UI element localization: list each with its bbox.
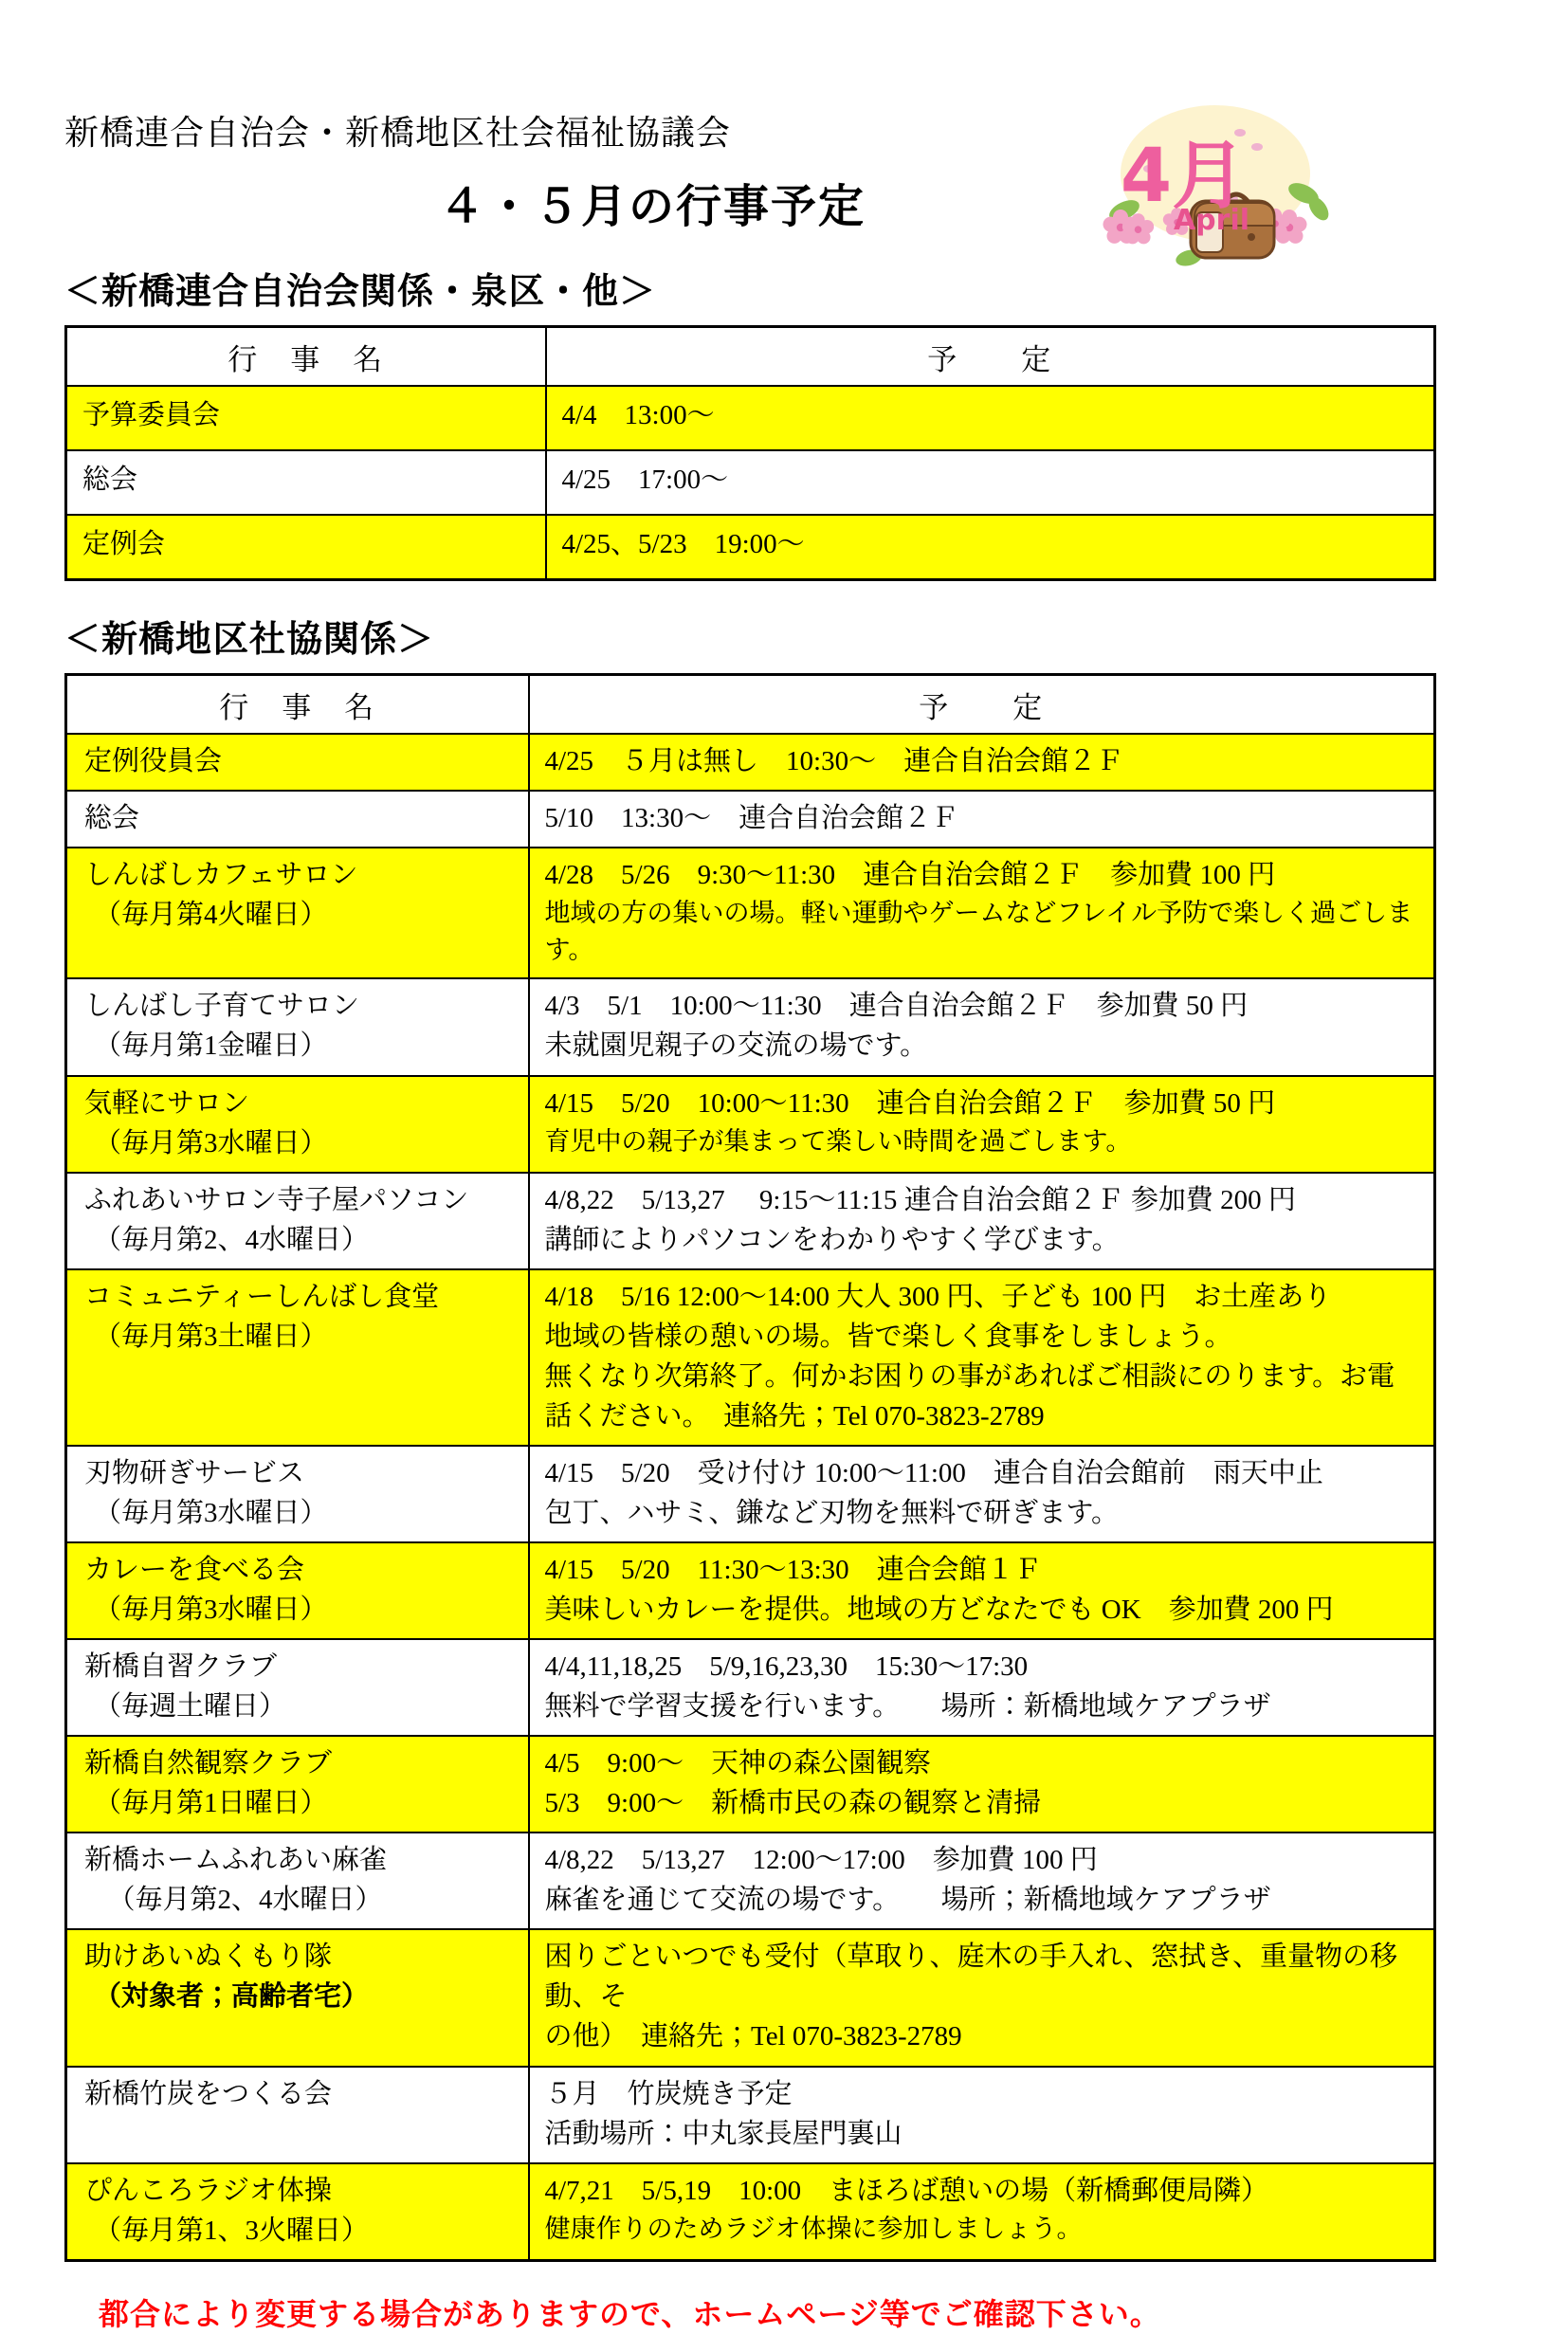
column-header-event-name: 行 事 名 (66, 327, 546, 387)
text-line: 新橋自習クラブ (84, 1647, 519, 1687)
event-name-cell: 定例会 (66, 515, 546, 580)
event-schedule-cell: 4/15 5/20 11:30～13:30 連合会館１Ｆ美味しいカレーを提供。地… (529, 1542, 1435, 1639)
event-schedule-cell: 4/8,22 5/13,27 9:15～11:15 連合自治会館２Ｆ 参加費 2… (529, 1173, 1435, 1269)
footer-note: 都合により変更する場合がありますので、ホームページ等でご確認下さい。 (99, 2290, 1502, 2334)
text-line: 4/5 9:00～ 天神の森公園観察 (545, 1743, 1425, 1783)
table-header-row: 行 事 名 予 定 (66, 327, 1435, 387)
badge-month-en-label: April (1174, 204, 1249, 237)
text-line: 4/25、5/23 19:00～ (562, 524, 1425, 564)
text-line: 美味しいカレーを提供。地域の方どなたでも OK 参加費 200 円 (545, 1590, 1425, 1630)
april-sakura-randoseru-icon: 4月 April (1100, 95, 1337, 275)
event-schedule-cell: 4/25 17:00～ (546, 450, 1435, 515)
text-line: 総会 (84, 798, 519, 838)
event-name-cell: しんばしカフェサロン（毎月第4火曜日） (66, 848, 529, 978)
event-name-cell: 総会 (66, 450, 546, 515)
event-row: 助けあいぬくもり隊（対象者；高齢者宅）困りごといつでも受付（草取り、庭木の手入れ… (66, 1929, 1435, 2066)
april-badge: 4月 April (1100, 95, 1337, 275)
event-row: ぴんころラジオ体操（毎月第1、3火曜日）4/7,21 5/5,19 10:00 … (66, 2163, 1435, 2261)
event-name-cell: 総会 (66, 791, 529, 848)
column-header-event-name: 行 事 名 (66, 675, 529, 735)
event-schedule-cell: 4/18 5/16 12:00～14:00 大人 300 円、子ども 100 円… (529, 1269, 1435, 1446)
event-name-cell: 気軽にサロン（毎月第3水曜日） (66, 1076, 529, 1173)
event-name-cell: しんばし子育てサロン（毎月第1金曜日） (66, 978, 529, 1075)
text-line: 4/7,21 5/5,19 10:00 まほろば憩いの場（新橋郵便局隣） (545, 2171, 1425, 2211)
text-line: 話ください。 連絡先；Tel 070-3823-2789 (545, 1396, 1425, 1436)
event-row: 新橋ホームふれあい麻雀 （毎月第2、4水曜日）4/8,22 5/13,27 12… (66, 1833, 1435, 1929)
text-line: しんばしカフェサロン (84, 855, 519, 895)
text-line: 地域の皆様の憩いの場。皆で楽しく食事をしましょう。 (545, 1317, 1425, 1357)
text-line: 新橋竹炭をつくる会 (84, 2074, 519, 2114)
event-schedule-cell: 4/25 ５月は無し 10:30～ 連合自治会館２Ｆ (529, 734, 1435, 791)
text-line: 新橋自然観察クラブ (84, 1743, 519, 1783)
text-line: コミュニティーしんばし食堂 (84, 1277, 519, 1317)
event-name-cell: ふれあいサロン寺子屋パソコン（毎月第2、4水曜日） (66, 1173, 529, 1269)
event-schedule-cell: 4/15 5/20 受け付け 10:00～11:00 連合自治会館前 雨天中止包… (529, 1446, 1435, 1542)
text-line: 4/25 ５月は無し 10:30～ 連合自治会館２Ｆ (545, 741, 1425, 781)
event-name-cell: 新橋自然観察クラブ（毎月第1日曜日） (66, 1736, 529, 1833)
event-schedule-cell: 4/28 5/26 9:30～11:30 連合自治会館２Ｆ 参加費 100 円地… (529, 848, 1435, 978)
event-row: 定例会4/25、5/23 19:00～ (66, 515, 1435, 580)
text-line: 刃物研ぎサービス (84, 1453, 519, 1493)
event-row: しんばしカフェサロン（毎月第4火曜日）4/28 5/26 9:30～11:30 … (66, 848, 1435, 978)
event-name-cell: カレーを食べる会（毎月第3水曜日） (66, 1542, 529, 1639)
text-line: （毎月第2、4水曜日） (84, 1220, 519, 1260)
text-line: 気軽にサロン (84, 1084, 519, 1123)
event-schedule-cell: 4/4 13:00～ (546, 386, 1435, 450)
text-line: 困りごといつでも受付（草取り、庭木の手入れ、窓拭き、重量物の移動、そ (545, 1937, 1425, 2016)
event-schedule-cell: 4/4,11,18,25 5/9,16,23,30 15:30～17:30無料で… (529, 1639, 1435, 1736)
event-schedule-cell: 5/10 13:30～ 連合自治会館２Ｆ (529, 791, 1435, 848)
text-line: 4/3 5/1 10:00～11:30 連合自治会館２Ｆ 参加費 50 円 (545, 986, 1425, 1026)
event-row: カレーを食べる会（毎月第3水曜日）4/15 5/20 11:30～13:30 連… (66, 1542, 1435, 1639)
event-row: 新橋竹炭をつくる会５月 竹炭焼き予定活動場所：中丸家長屋門裏山 (66, 2067, 1435, 2163)
event-name-cell: 新橋ホームふれあい麻雀 （毎月第2、4水曜日） (66, 1833, 529, 1929)
text-line: （毎月第1日曜日） (84, 1783, 519, 1823)
text-line: 講師によりパソコンをわかりやすく学びます。 (545, 1220, 1425, 1260)
text-line: 4/15 5/20 10:00～11:30 連合自治会館２Ｆ 参加費 50 円 (545, 1084, 1425, 1123)
event-name-cell: ぴんころラジオ体操（毎月第1、3火曜日） (66, 2163, 529, 2261)
event-schedule-cell: 4/3 5/1 10:00～11:30 連合自治会館２Ｆ 参加費 50 円未就園… (529, 978, 1435, 1075)
event-schedule-cell: ５月 竹炭焼き予定活動場所：中丸家長屋門裏山 (529, 2067, 1435, 2163)
text-line: しんばし子育てサロン (84, 986, 519, 1026)
section2-heading: ＜新橋地区社協関係＞ (64, 610, 1502, 662)
text-line: 4/18 5/16 12:00～14:00 大人 300 円、子ども 100 円… (545, 1277, 1425, 1317)
event-schedule-cell: 4/15 5/20 10:00～11:30 連合自治会館２Ｆ 参加費 50 円育… (529, 1076, 1435, 1173)
table-header-row: 行 事 名 予 定 (66, 675, 1435, 735)
text-line: 4/15 5/20 受け付け 10:00～11:00 連合自治会館前 雨天中止 (545, 1453, 1425, 1493)
event-name-cell: 新橋自習クラブ（毎週土曜日） (66, 1639, 529, 1736)
event-row: コミュニティーしんばし食堂（毎月第3土曜日）4/18 5/16 12:00～14… (66, 1269, 1435, 1446)
text-line: 4/4 13:00～ (562, 395, 1425, 435)
text-line: 5/3 9:00～ 新橋市民の森の観察と清掃 (545, 1783, 1425, 1823)
text-line: 総会 (82, 460, 536, 500)
event-name-cell: 助けあいぬくもり隊（対象者；高齢者宅） (66, 1929, 529, 2066)
event-name-cell: コミュニティーしんばし食堂（毎月第3土曜日） (66, 1269, 529, 1446)
page-title: ４・５月の行事予定 (64, 170, 1240, 235)
event-row: 刃物研ぎサービス（毎月第3水曜日）4/15 5/20 受け付け 10:00～11… (66, 1446, 1435, 1542)
text-line: 助けあいぬくもり隊 (84, 1937, 519, 1977)
text-line: 4/25 17:00～ (562, 460, 1425, 500)
column-header-schedule: 予 定 (529, 675, 1435, 735)
text-line: 健康作りのためラジオ体操に参加しましょう。 (545, 2211, 1425, 2248)
shakyo-events-table: 行 事 名 予 定 定例役員会4/25 ５月は無し 10:30～ 連合自治会館２… (64, 673, 1436, 2262)
text-line: 未就園児親子の交流の場です。 (545, 1026, 1425, 1066)
text-line: 包丁、ハサミ、鎌など刃物を無料で研ぎます。 (545, 1493, 1425, 1533)
event-name-cell: 刃物研ぎサービス（毎月第3水曜日） (66, 1446, 529, 1542)
text-line: ５月 竹炭焼き予定 (545, 2074, 1425, 2114)
text-line: （毎月第4火曜日） (84, 895, 519, 935)
text-line: カレーを食べる会 (84, 1550, 519, 1590)
text-line: （毎月第1、3火曜日） (84, 2211, 519, 2251)
text-line: 新橋ホームふれあい麻雀 (84, 1840, 519, 1880)
text-line: 予算委員会 (82, 395, 536, 435)
event-schedule-cell: 4/25、5/23 19:00～ (546, 515, 1435, 580)
text-line: （対象者；高齢者宅） (84, 1977, 519, 2016)
event-row: 予算委員会4/4 13:00～ (66, 386, 1435, 450)
text-line: 無くなり次第終了。何かお困りの事があればご相談にのります。お電 (545, 1357, 1425, 1396)
event-schedule-cell: 4/7,21 5/5,19 10:00 まほろば憩いの場（新橋郵便局隣）健康作り… (529, 2163, 1435, 2261)
text-line: 4/28 5/26 9:30～11:30 連合自治会館２Ｆ 参加費 100 円 (545, 855, 1425, 895)
text-line: 地域の方の集いの場。軽い運動やゲームなどフレイル予防で楽しく過ごします。 (545, 895, 1425, 969)
jichikai-events-table: 行 事 名 予 定 予算委員会4/4 13:00～総会4/25 17:00～定例… (64, 325, 1436, 581)
text-line: 4/8,22 5/13,27 9:15～11:15 連合自治会館２Ｆ 参加費 2… (545, 1180, 1425, 1220)
event-row: しんばし子育てサロン（毎月第1金曜日）4/3 5/1 10:00～11:30 連… (66, 978, 1435, 1075)
event-row: 総会4/25 17:00～ (66, 450, 1435, 515)
jichikai-table-body: 予算委員会4/4 13:00～総会4/25 17:00～定例会4/25、5/23… (66, 386, 1435, 580)
text-line: 定例役員会 (84, 741, 519, 781)
column-header-schedule: 予 定 (546, 327, 1435, 387)
text-line: ふれあいサロン寺子屋パソコン (84, 1180, 519, 1220)
event-name-cell: 新橋竹炭をつくる会 (66, 2067, 529, 2163)
text-line: （毎月第2、4水曜日） (84, 1880, 519, 1920)
event-row: 気軽にサロン（毎月第3水曜日）4/15 5/20 10:00～11:30 連合自… (66, 1076, 1435, 1173)
text-line: 4/4,11,18,25 5/9,16,23,30 15:30～17:30 (545, 1647, 1425, 1687)
event-schedule-cell: 困りごといつでも受付（草取り、庭木の手入れ、窓拭き、重量物の移動、その他） 連絡… (529, 1929, 1435, 2066)
event-name-cell: 定例役員会 (66, 734, 529, 791)
text-line: 4/15 5/20 11:30～13:30 連合会館１Ｆ (545, 1550, 1425, 1590)
text-line: 活動場所：中丸家長屋門裏山 (545, 2114, 1425, 2154)
text-line: 4/8,22 5/13,27 12:00～17:00 参加費 100 円 (545, 1840, 1425, 1880)
event-row: 新橋自然観察クラブ（毎月第1日曜日）4/5 9:00～ 天神の森公園観察5/3 … (66, 1736, 1435, 1833)
text-line: （毎月第1金曜日） (84, 1026, 519, 1066)
event-row: ふれあいサロン寺子屋パソコン（毎月第2、4水曜日）4/8,22 5/13,27 … (66, 1173, 1435, 1269)
text-line: 5/10 13:30～ 連合自治会館２Ｆ (545, 798, 1425, 838)
event-row: 定例役員会4/25 ５月は無し 10:30～ 連合自治会館２Ｆ (66, 734, 1435, 791)
text-line: （毎月第3水曜日） (84, 1123, 519, 1163)
text-line: 無料で学習支援を行います。 場所：新橋地域ケアプラザ (545, 1687, 1425, 1726)
event-row: 総会5/10 13:30～ 連合自治会館２Ｆ (66, 791, 1435, 848)
shakyo-table-body: 定例役員会4/25 ５月は無し 10:30～ 連合自治会館２Ｆ総会5/10 13… (66, 734, 1435, 2260)
text-line: （毎月第3土曜日） (84, 1317, 519, 1357)
event-row: 新橋自習クラブ（毎週土曜日）4/4,11,18,25 5/9,16,23,30 … (66, 1639, 1435, 1736)
text-line: （毎月第3水曜日） (84, 1493, 519, 1533)
event-schedule-cell: 4/5 9:00～ 天神の森公園観察5/3 9:00～ 新橋市民の森の観察と清掃 (529, 1736, 1435, 1833)
text-line: の他） 連絡先；Tel 070-3823-2789 (545, 2016, 1425, 2056)
text-line: （毎月第3水曜日） (84, 1590, 519, 1630)
event-schedule-cell: 4/8,22 5/13,27 12:00～17:00 参加費 100 円麻雀を通… (529, 1833, 1435, 1929)
document-page: 新橋連合自治会・新橋地区社会福祉協議会 ４・５月の行事予定 (0, 0, 1568, 2217)
text-line: 麻雀を通じて交流の場です。 場所；新橋地域ケアプラザ (545, 1880, 1425, 1920)
text-line: 育児中の親子が集まって楽しい時間を過ごします。 (545, 1123, 1425, 1160)
text-line: ぴんころラジオ体操 (84, 2171, 519, 2211)
text-line: （毎週土曜日） (84, 1687, 519, 1726)
event-name-cell: 予算委員会 (66, 386, 546, 450)
text-line: 定例会 (82, 524, 536, 564)
